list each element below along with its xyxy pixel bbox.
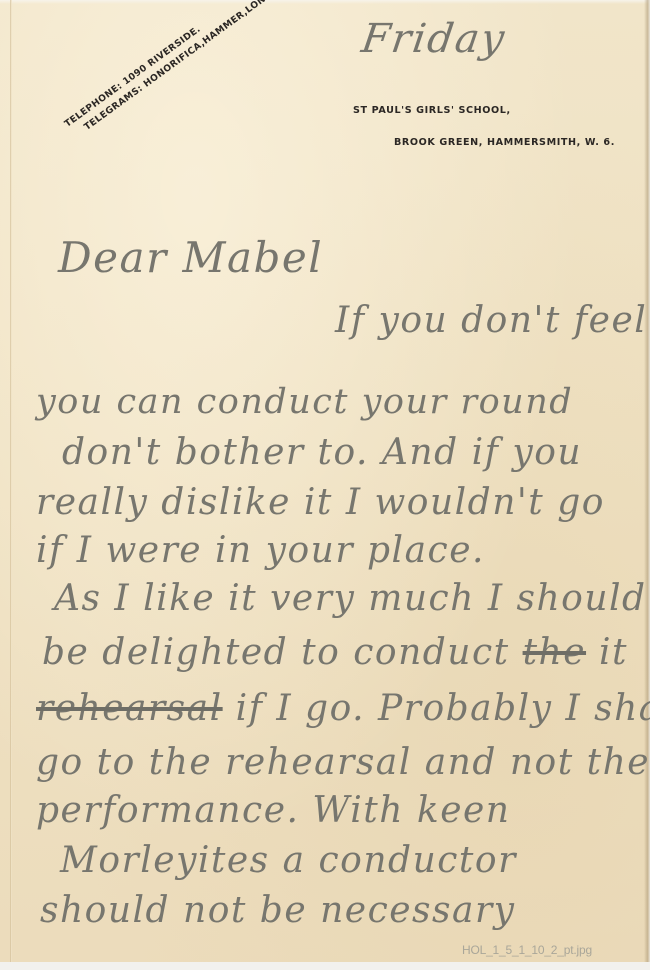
image-filename: HOL_1_5_1_10_2_pt.jpg: [462, 943, 592, 957]
line-7-text: be delighted to conduct: [42, 632, 510, 673]
letter-day: Friday: [359, 16, 509, 62]
letter-line-11: Morleyites a conductor: [60, 840, 517, 881]
letter-line-6: As I like it very much I should: [54, 578, 647, 619]
letter-line-1: If you don't feel: [335, 300, 647, 341]
salutation: Dear Mabel: [58, 233, 323, 282]
fold-line: [10, 0, 12, 962]
letter-line-8: rehearsal if I go. Probably I shall: [36, 688, 650, 729]
telegrams-line: TELEGRAMS: HONORIFICA,HAMMER,LONDON.: [82, 0, 292, 134]
letter-line-9: go to the rehearsal and not the: [36, 742, 650, 783]
bottom-strip: [0, 962, 650, 970]
letter-line-10: performance. With keen: [36, 790, 511, 831]
letter-line-7: be delighted to conduct the it: [42, 632, 628, 673]
letter-line-5: if I were in your place.: [36, 530, 485, 571]
line-8-text: if I go. Probably I shall: [236, 688, 650, 729]
school-address: BROOK GREEN, HAMMERSMITH, W. 6.: [394, 137, 615, 148]
school-name: ST PAUL'S GIRLS' SCHOOL,: [353, 105, 511, 116]
letterhead-contact: TELEPHONE: 1090 RIVERSIDE. TELEGRAMS: HO…: [62, 0, 292, 143]
letter-line-2: you can conduct your round: [36, 382, 573, 422]
top-edge: [0, 0, 650, 4]
struck-word: rehearsal: [36, 688, 223, 729]
line-7-end: it: [599, 632, 628, 673]
letter-page: TELEPHONE: 1090 RIVERSIDE. TELEGRAMS: HO…: [0, 0, 650, 962]
letter-line-3: don't bother to. And if you: [62, 432, 582, 473]
right-edge-shadow: [644, 0, 650, 962]
struck-word: the: [523, 632, 586, 673]
letter-line-4: really dislike it I wouldn't go: [36, 482, 605, 523]
letter-line-12: should not be necessary: [40, 890, 516, 931]
